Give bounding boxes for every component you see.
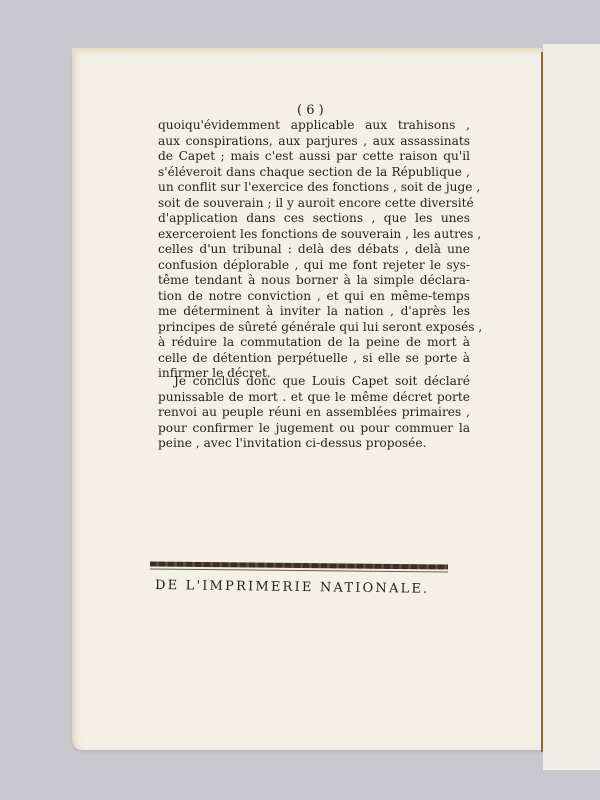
- page-number: ( 6 ): [297, 103, 324, 118]
- text-line: exerceroient les fonctions de souverain …: [158, 227, 470, 243]
- paragraph-2: Je conclus donc que Louis Capet soit déc…: [158, 374, 470, 452]
- text-line: aux conspirations, aux parjures , aux as…: [158, 134, 470, 150]
- text-line: principes de sûreté générale qui lui ser…: [158, 320, 470, 336]
- text-line: tion de notre conviction , et qui en mêm…: [158, 289, 470, 305]
- text-line: un conflit sur l'exercice des fonctions …: [158, 180, 470, 196]
- text-line: s'éléveroit dans chaque section de la Ré…: [158, 165, 470, 181]
- text-line: Je conclus donc que Louis Capet soit déc…: [158, 374, 470, 390]
- text-line: quoiqu'évidemment applicable aux trahiso…: [158, 118, 470, 134]
- text-line: peine , avec l'invitation ci-dessus prop…: [158, 436, 470, 452]
- facing-page: [543, 44, 600, 770]
- text-line: confusion déplorable , qui me font rejet…: [158, 258, 470, 274]
- text-line: de Capet ; mais c'est aussi par cette ra…: [158, 149, 470, 165]
- text-line: celle de détention perpétuelle , si elle…: [158, 351, 470, 367]
- text-line: à réduire la commutation de la peine de …: [158, 335, 470, 351]
- text-line: soit de souverain ; il y auroit encore c…: [158, 196, 470, 212]
- text-line: d'application dans ces sections , que le…: [158, 211, 470, 227]
- text-line: me déterminent à inviter la nation , d'a…: [158, 304, 470, 320]
- text-line: tême tendant à nous borner à la simple d…: [158, 273, 470, 289]
- text-line: celles d'un tribunal : delà des débats ,…: [158, 242, 470, 258]
- page-gutter: [541, 52, 543, 752]
- text-line: pour confirmer le jugement ou pour commu…: [158, 421, 470, 437]
- paragraph-1: quoiqu'évidemment applicable aux trahiso…: [158, 118, 470, 382]
- text-line: renvoi au peuple réuni en assemblées pri…: [158, 405, 470, 421]
- text-line: punissable de mort . et que le même décr…: [158, 390, 470, 406]
